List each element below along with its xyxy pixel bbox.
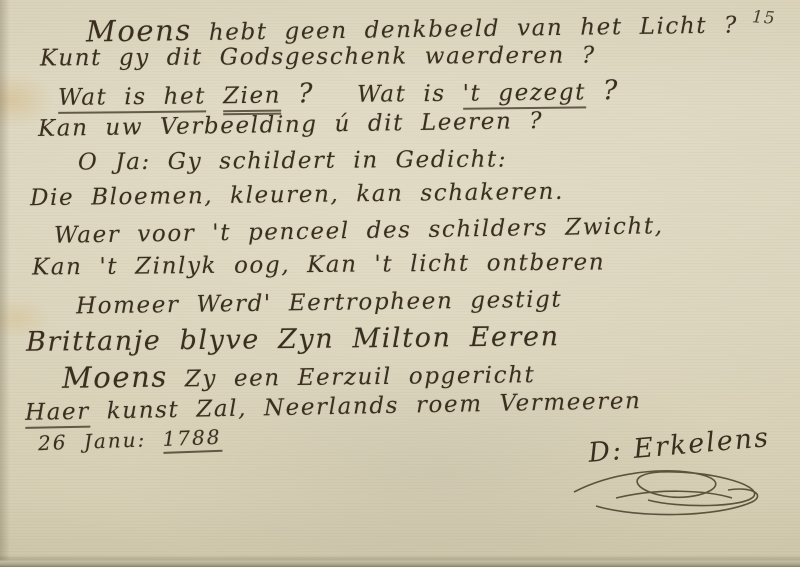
poem-line-11-rest: Zy een Eerzuil opgericht: [185, 362, 536, 392]
poem-line-3-seg1: Wat is het: [58, 83, 206, 114]
page-left-edge: [0, 0, 10, 567]
poem-line-1-name: Moens: [86, 13, 192, 48]
page-bottom-edge: [0, 555, 800, 567]
poem-line-11-name: Moens: [62, 360, 168, 395]
poem-line-3-seg2: Zien: [223, 83, 282, 116]
poem-line-6: Die Bloemen, kleuren, kan schakeren.: [30, 179, 564, 212]
poem-line-3: Wat is het Zien ? Wat is 't gezegt ?: [58, 75, 619, 112]
poem-line-10: Brittanje blyve Zyn Milton Eeren: [26, 321, 560, 358]
poem-line-5: O Ja: Gy schildert in Gedicht:: [78, 147, 507, 176]
page-number: 15: [752, 7, 777, 29]
poem-line-3-seg3: Wat is: [357, 81, 446, 108]
poem-line-3-q1: ?: [298, 78, 314, 109]
manuscript-page: 15 Moens hebt geen denkbeeld van het Lic…: [0, 0, 800, 567]
poem-line-3-seg4: 't gezegt: [463, 79, 587, 109]
poem-line-3-q2: ?: [603, 75, 619, 106]
poem-line-1: Moens hebt geen denkbeeld van het Licht …: [86, 5, 738, 48]
date-line: 26 Janu: 1788: [38, 425, 222, 455]
poem-line-11: Moens Zy een Eerzuil opgericht: [62, 355, 536, 395]
signature-flourish-icon: [556, 462, 776, 526]
poem-line-8: Kan 't Zinlyk oog, Kan 't licht ontberen: [32, 249, 605, 280]
poem-line-9: Homeer Werd' Eertropheen gestigt: [76, 287, 563, 320]
poem-line-7: Waer voor 't penceel des schilders Zwich…: [54, 213, 664, 249]
poem-line-1-rest: hebt geen denkbeeld van het Licht ?: [209, 12, 739, 45]
poem-line-12-word1: Haer: [25, 399, 90, 429]
poem-line-10-text: Brittanje blyve Zyn Milton Eeren: [26, 321, 560, 358]
date-prefix: 26 Janu:: [38, 427, 147, 455]
poem-line-2: Kunt gy dit Godsgeschenk waerderen ?: [40, 43, 596, 72]
date-year: 1788: [162, 425, 222, 454]
poem-line-12-rest: kunst Zal, Neerlands roem Vermeeren: [106, 388, 641, 424]
